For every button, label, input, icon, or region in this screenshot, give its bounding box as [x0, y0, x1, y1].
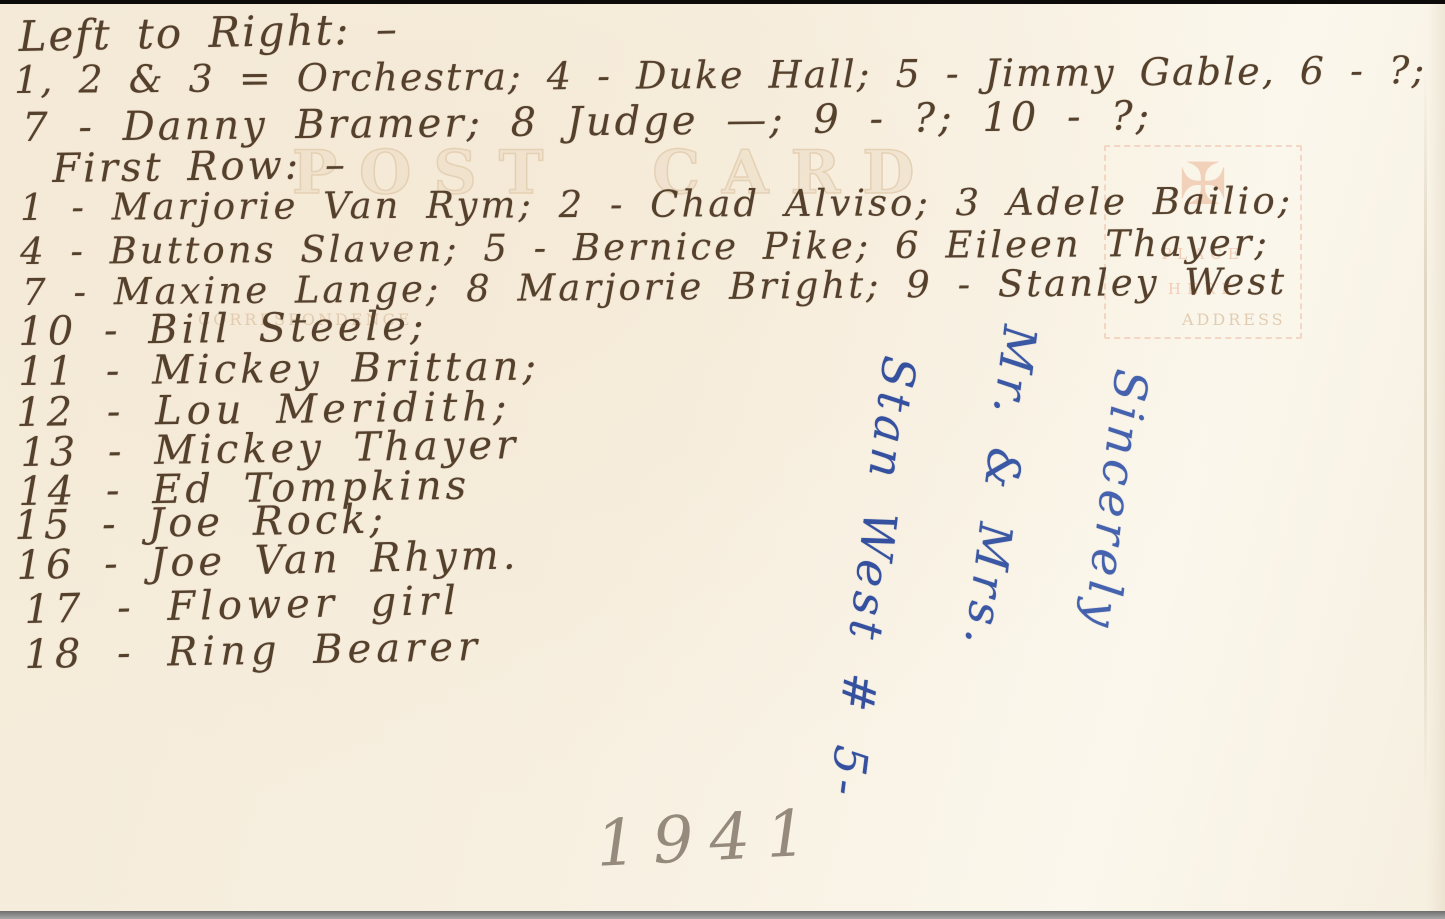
blue-signature: Sincerely Mr. & Mrs. Stan West # 5- [700, 294, 1280, 854]
card-edge-shade [1427, 4, 1445, 911]
scan-border-bottom [0, 911, 1445, 919]
handwritten-line-orchestra: 1, 2 & 3 = Orchestra; 4 - Duke Hall; 5 -… [14, 48, 1426, 102]
handwritten-line-heading: Left to Right: – [18, 4, 399, 61]
handwritten-line-danny-bramer: 7 - Danny Bramer; 8 Judge —; 9 - ?; 10 -… [22, 93, 1152, 151]
handwritten-line-18: 18 - Ring Bearer [24, 624, 482, 678]
postcard-back: POST CARD CORRESPONDENCE ADDRESS ✠ PLACE… [0, 4, 1445, 911]
blue-signature-rotated-block: Sincerely Mr. & Mrs. Stan West # 5- [787, 305, 1193, 844]
year-note: 1941 [594, 796, 824, 882]
